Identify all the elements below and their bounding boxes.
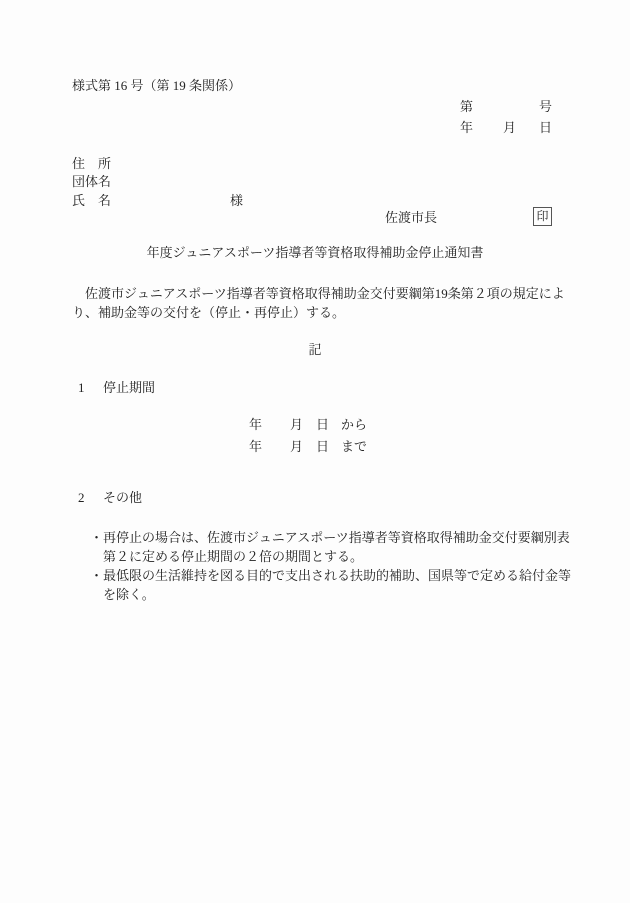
issue-date-line: 年 月 日 bbox=[0, 120, 630, 136]
doc-number-prefix: 第 bbox=[460, 99, 473, 115]
section-1-number: 1 bbox=[78, 380, 85, 396]
date-month-label: 月 bbox=[503, 120, 516, 136]
period-from-day-label: 日 bbox=[316, 417, 329, 433]
period-from-line: 年 月 日 から bbox=[0, 417, 630, 433]
period-from-year-label: 年 bbox=[249, 417, 262, 433]
date-year-label: 年 bbox=[460, 120, 473, 136]
note-item: ・再停止の場合は、佐渡市ジュニアスポーツ指導者等資格取得補助金交付要綱別表第２に… bbox=[90, 528, 576, 566]
document-page: 様式第 16 号（第 19 条関係） 第 号 年 月 日 住 所 団体名 氏 名… bbox=[0, 0, 630, 903]
period-to-year-label: 年 bbox=[249, 439, 262, 455]
doc-number-line: 第 号 bbox=[0, 99, 630, 115]
section-1-heading-line: 1 停止期間 bbox=[0, 380, 630, 396]
notes-list: ・再停止の場合は、佐渡市ジュニアスポーツ指導者等資格取得補助金交付要綱別表第２に… bbox=[90, 528, 576, 604]
period-to-day-label: 日 bbox=[316, 439, 329, 455]
name-label: 氏 名 bbox=[72, 193, 111, 209]
form-reference: 様式第 16 号（第 19 条関係） bbox=[72, 78, 241, 94]
period-to-suffix: まで bbox=[341, 439, 367, 455]
period-from-suffix: から bbox=[341, 417, 367, 433]
body-paragraph: 佐渡市ジュニアスポーツ指導者等資格取得補助金交付要綱第19条第２項の規定により、… bbox=[72, 284, 572, 322]
period-from-month-label: 月 bbox=[290, 417, 303, 433]
section-2-heading-line: 2 その他 bbox=[0, 490, 630, 506]
mayor-title: 佐渡市長 bbox=[385, 210, 437, 226]
address-label: 住 所 bbox=[72, 156, 111, 172]
section-2-heading: その他 bbox=[103, 490, 142, 506]
date-day-label: 日 bbox=[539, 120, 552, 136]
section-1-heading: 停止期間 bbox=[103, 380, 155, 396]
period-to-line: 年 月 日 まで bbox=[0, 439, 630, 455]
issuer-line: 佐渡市長 印 bbox=[0, 210, 630, 230]
seal-icon: 印 bbox=[533, 207, 552, 226]
document-title: 年度ジュニアスポーツ指導者等資格取得補助金停止通知書 bbox=[0, 245, 630, 261]
organization-label: 団体名 bbox=[72, 174, 111, 190]
doc-number-suffix: 号 bbox=[539, 99, 552, 115]
record-marker: 記 bbox=[0, 342, 630, 358]
period-to-month-label: 月 bbox=[290, 439, 303, 455]
note-item: ・最低限の生活維持を図る目的で支出される扶助的補助、国県等で定める給付金等を除く… bbox=[90, 566, 576, 604]
section-2-number: 2 bbox=[78, 490, 85, 506]
honorific-label: 様 bbox=[230, 193, 243, 209]
